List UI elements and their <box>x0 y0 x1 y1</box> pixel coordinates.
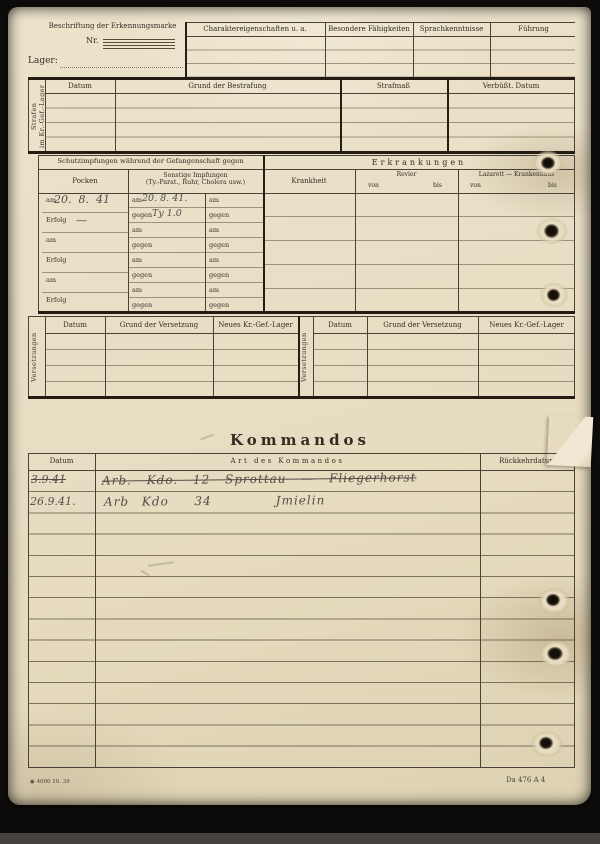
pocken-row-6: Erfolg <box>42 293 128 312</box>
sonstige-b-row-8: gegen <box>205 298 263 312</box>
sonstige-a-row-2-value: Ty 1.0 <box>152 208 182 219</box>
erk-right-border <box>574 155 575 312</box>
impf-title-underline <box>38 169 575 170</box>
kommandos-right-border <box>574 453 575 768</box>
printer-mark-icon: ◉ <box>30 779 35 785</box>
impf-left-border <box>38 155 39 312</box>
sonstige-a-row-3-label: am <box>132 226 142 234</box>
sonstige-a-row-5: am <box>128 253 205 268</box>
strafen-vline-2 <box>340 80 342 152</box>
versetz-right-side-label: Versetzungen <box>300 320 313 394</box>
strafen-col-datum: Datum <box>47 82 113 90</box>
pocken-row-3-label: am <box>46 236 56 244</box>
printer-mark-text: 4000 10. 39 <box>37 779 70 785</box>
versetz-left-border <box>28 316 29 397</box>
versetz-center-divider <box>298 316 300 397</box>
printer-mark: ◉ 4000 10. 39 <box>30 779 70 785</box>
punch-hole-6 <box>537 735 555 751</box>
punch-hole-1 <box>539 155 557 171</box>
pocken-row-4: Erfolg <box>42 253 128 273</box>
header-top-rule <box>185 22 575 23</box>
pocken-row-2: Erfolg — <box>42 213 128 233</box>
punch-hole-5 <box>545 645 565 662</box>
versetz-top-rule <box>28 316 575 317</box>
sonstige-a-row-4: gegen <box>128 238 205 253</box>
impf-top-rule <box>38 155 575 156</box>
strafen-bottom-heavy-rule <box>28 151 575 154</box>
impf-vline-sonstige-split <box>205 193 206 312</box>
sonstige-b-row-1: am <box>205 193 263 208</box>
col-besondere-faehigkeiten: Besondere Fähigkeiten <box>327 25 411 33</box>
sonstige-b-row-5-label: am <box>209 256 219 264</box>
erk-lazarett-bis: bis <box>548 183 557 190</box>
strafen-side-label-line1: Strafen <box>30 102 38 129</box>
nr-fill-lines <box>103 39 175 49</box>
versetz-vline-6 <box>478 316 479 397</box>
sonstige-b-row-6: gegen <box>205 268 263 283</box>
sonstige-a-row-2: gegen Ty 1.0 <box>128 208 205 223</box>
sonstige-b-row-1-label: am <box>209 196 219 204</box>
versetz-vline-4 <box>313 316 314 397</box>
sonstige-a-row-5-label: am <box>132 256 142 264</box>
strafen-vline-3 <box>447 80 449 152</box>
versetz-l-col-datum: Datum <box>47 321 103 329</box>
sonstige-b-row-4: gegen <box>205 238 263 253</box>
form-number: Da 476 A 4 <box>506 776 545 784</box>
sonstige-b-row-2-label: gegen <box>209 211 229 219</box>
sonstige-b-row-5: am <box>205 253 263 268</box>
versetz-left-side-label: Versetzungen <box>30 320 43 394</box>
pocken-row-3: am <box>42 233 128 253</box>
pocken-row-6-label: Erfolg <box>46 296 66 304</box>
erk-revier-von: von <box>368 183 379 190</box>
erk-vline-1 <box>355 169 356 312</box>
scanned-document-page: { "doc": { "footer_printer_mark_glyph": … <box>0 0 600 844</box>
sonstige-b-row-3: am <box>205 223 263 238</box>
col-sprachkenntnisse: Sprachkenntnisse <box>415 25 488 33</box>
versetz-bottom-heavy-rule <box>28 396 575 399</box>
pocken-row-2-value: — <box>76 214 87 227</box>
sonstige-b-row-6-label: gegen <box>209 271 229 279</box>
sonstige-a-row-1-value: 20. 8. 41. <box>142 193 187 204</box>
erkrankungen-title: Erkrankungen <box>265 158 573 167</box>
strafen-col-strafmass: Strafmaß <box>342 82 445 90</box>
sonstige-b-row-8-label: gegen <box>209 301 229 309</box>
sonstige-a-row-8: gegen <box>128 298 205 312</box>
sonstige-b-row-4-label: gegen <box>209 241 229 249</box>
kommando-entry-2-text: Arb Kdo 34 Jmielin <box>104 493 325 509</box>
header-ruled-rows <box>185 37 575 77</box>
kommandos-vline-rueckkehr <box>480 453 481 768</box>
versetz-r-col-grund: Grund der Versetzung <box>369 321 476 329</box>
impf-col-sonstige-line2: (Ty.-Parat., Ruhr, Cholera usw.) <box>146 179 245 186</box>
pocken-row-4-label: Erfolg <box>46 256 66 264</box>
erk-col-revier: Revier <box>357 172 456 179</box>
strafen-ruled-rows <box>45 94 575 151</box>
versetz-r-col-neues: Neues Kr.-Gef.-Lager <box>480 321 573 329</box>
erk-col-krankheit: Krankheit <box>265 177 353 185</box>
scanner-edge-strip <box>0 833 600 844</box>
pocken-row-5: am <box>42 273 128 293</box>
sonstige-b-row-7: am <box>205 283 263 298</box>
sonstige-a-row-7-label: am <box>132 286 142 294</box>
page-fold-tear <box>547 415 594 467</box>
header-vline-2 <box>325 22 326 77</box>
kommandos-col-datum: Datum <box>30 457 93 465</box>
impf-col-sonstige: Sonstige Impfungen (Ty.-Parat., Ruhr, Ch… <box>130 172 261 186</box>
impf-erk-divider <box>263 155 265 312</box>
impf-vline-pocken <box>128 169 129 312</box>
sonstige-b-row-2: gegen <box>205 208 263 223</box>
punch-hole-4 <box>544 592 562 608</box>
col-fuehrung: Führung <box>492 25 575 33</box>
kommandos-title: Kommandos <box>150 432 450 449</box>
lager-label: Lager: <box>28 56 58 66</box>
header-vline-3 <box>413 22 414 77</box>
pocken-row-1-value: 20. 8. 41 <box>54 193 110 206</box>
strafen-left-border <box>28 80 29 152</box>
sonstige-a-row-6: gegen <box>128 268 205 283</box>
versetz-l-col-neues: Neues Kr.-Gef.-Lager <box>215 321 296 329</box>
punch-hole-3 <box>545 287 562 303</box>
versetz-vline-2 <box>105 316 106 397</box>
versetz-vline-1 <box>45 316 46 397</box>
kommandos-ruled-rows <box>28 471 575 767</box>
kommandos-col-art: Art des Kommandos <box>97 457 478 465</box>
erkennungsmarke-title: Beschriftung der Erkennungsmarke <box>40 22 185 30</box>
strafen-vline-1 <box>115 80 116 152</box>
sonstige-b-row-7-label: am <box>209 286 219 294</box>
kommandos-bottom-rule <box>28 767 575 768</box>
kommandos-vline-datum <box>95 453 96 768</box>
impf-col-sonstige-line1: Sonstige Impfungen <box>163 172 227 179</box>
nr-label: Nr. <box>86 36 99 45</box>
strafen-col-grund: Grund der Bestrafung <box>117 82 338 90</box>
kommandos-left-border <box>28 453 29 768</box>
sonstige-b-row-3-label: am <box>209 226 219 234</box>
pocken-row-2-label: Erfolg <box>46 216 66 224</box>
punch-hole-2 <box>542 222 561 240</box>
sonstige-a-row-1: am 20. 8. 41. <box>128 193 205 208</box>
strafen-side-label: Strafen im Kr.-Gef.-Lager <box>30 82 44 150</box>
col-charaktereigenschaften: Charaktereigenschaften u. a. <box>187 25 323 33</box>
strafen-right-border <box>574 80 575 152</box>
pocken-row-1: am 20. 8. 41 <box>42 193 128 213</box>
erk-lazarett-von: von <box>470 183 481 190</box>
versetz-vline-5 <box>367 316 368 397</box>
versetz-right-border <box>574 316 575 397</box>
kommando-entry-1-datum: 3.9.41 <box>31 473 66 486</box>
versetz-r-ruled-rows <box>313 334 575 396</box>
erkrankungen-ruled-rows <box>263 193 575 311</box>
versetz-l-ruled-rows <box>45 334 298 396</box>
impfungen-title: Schutzimpfungen während der Gefangenscha… <box>40 158 261 166</box>
header-bottom-heavy-rule <box>28 77 575 80</box>
sonstige-a-row-8-label: gegen <box>132 301 152 309</box>
sonstige-a-row-7: am <box>128 283 205 298</box>
lager-fill-line <box>60 67 183 68</box>
sonstige-a-row-1-label: am <box>132 196 142 204</box>
erk-vline-2 <box>458 169 459 312</box>
sonstige-a-row-2-label: gegen <box>132 211 152 219</box>
versetz-r-col-datum: Datum <box>315 321 365 329</box>
kommando-entry-2-datum: 26.9.41. <box>30 495 75 508</box>
pocken-row-5-label: am <box>46 276 56 284</box>
sonstige-a-row-3: am <box>128 223 205 238</box>
sonstige-a-row-4-label: gegen <box>132 241 152 249</box>
impf-col-pocken: Pocken <box>44 177 126 185</box>
impf-bottom-heavy-rule <box>38 311 575 314</box>
header-vline-4 <box>490 22 491 77</box>
versetz-l-col-grund: Grund der Versetzung <box>107 321 211 329</box>
sonstige-a-row-6-label: gegen <box>132 271 152 279</box>
versetz-vline-3 <box>213 316 214 397</box>
erk-revier-bis: bis <box>433 183 442 190</box>
strafen-col-verbuesst: Verbüßt. Datum <box>449 82 573 90</box>
kommandos-top-rule <box>28 453 575 454</box>
